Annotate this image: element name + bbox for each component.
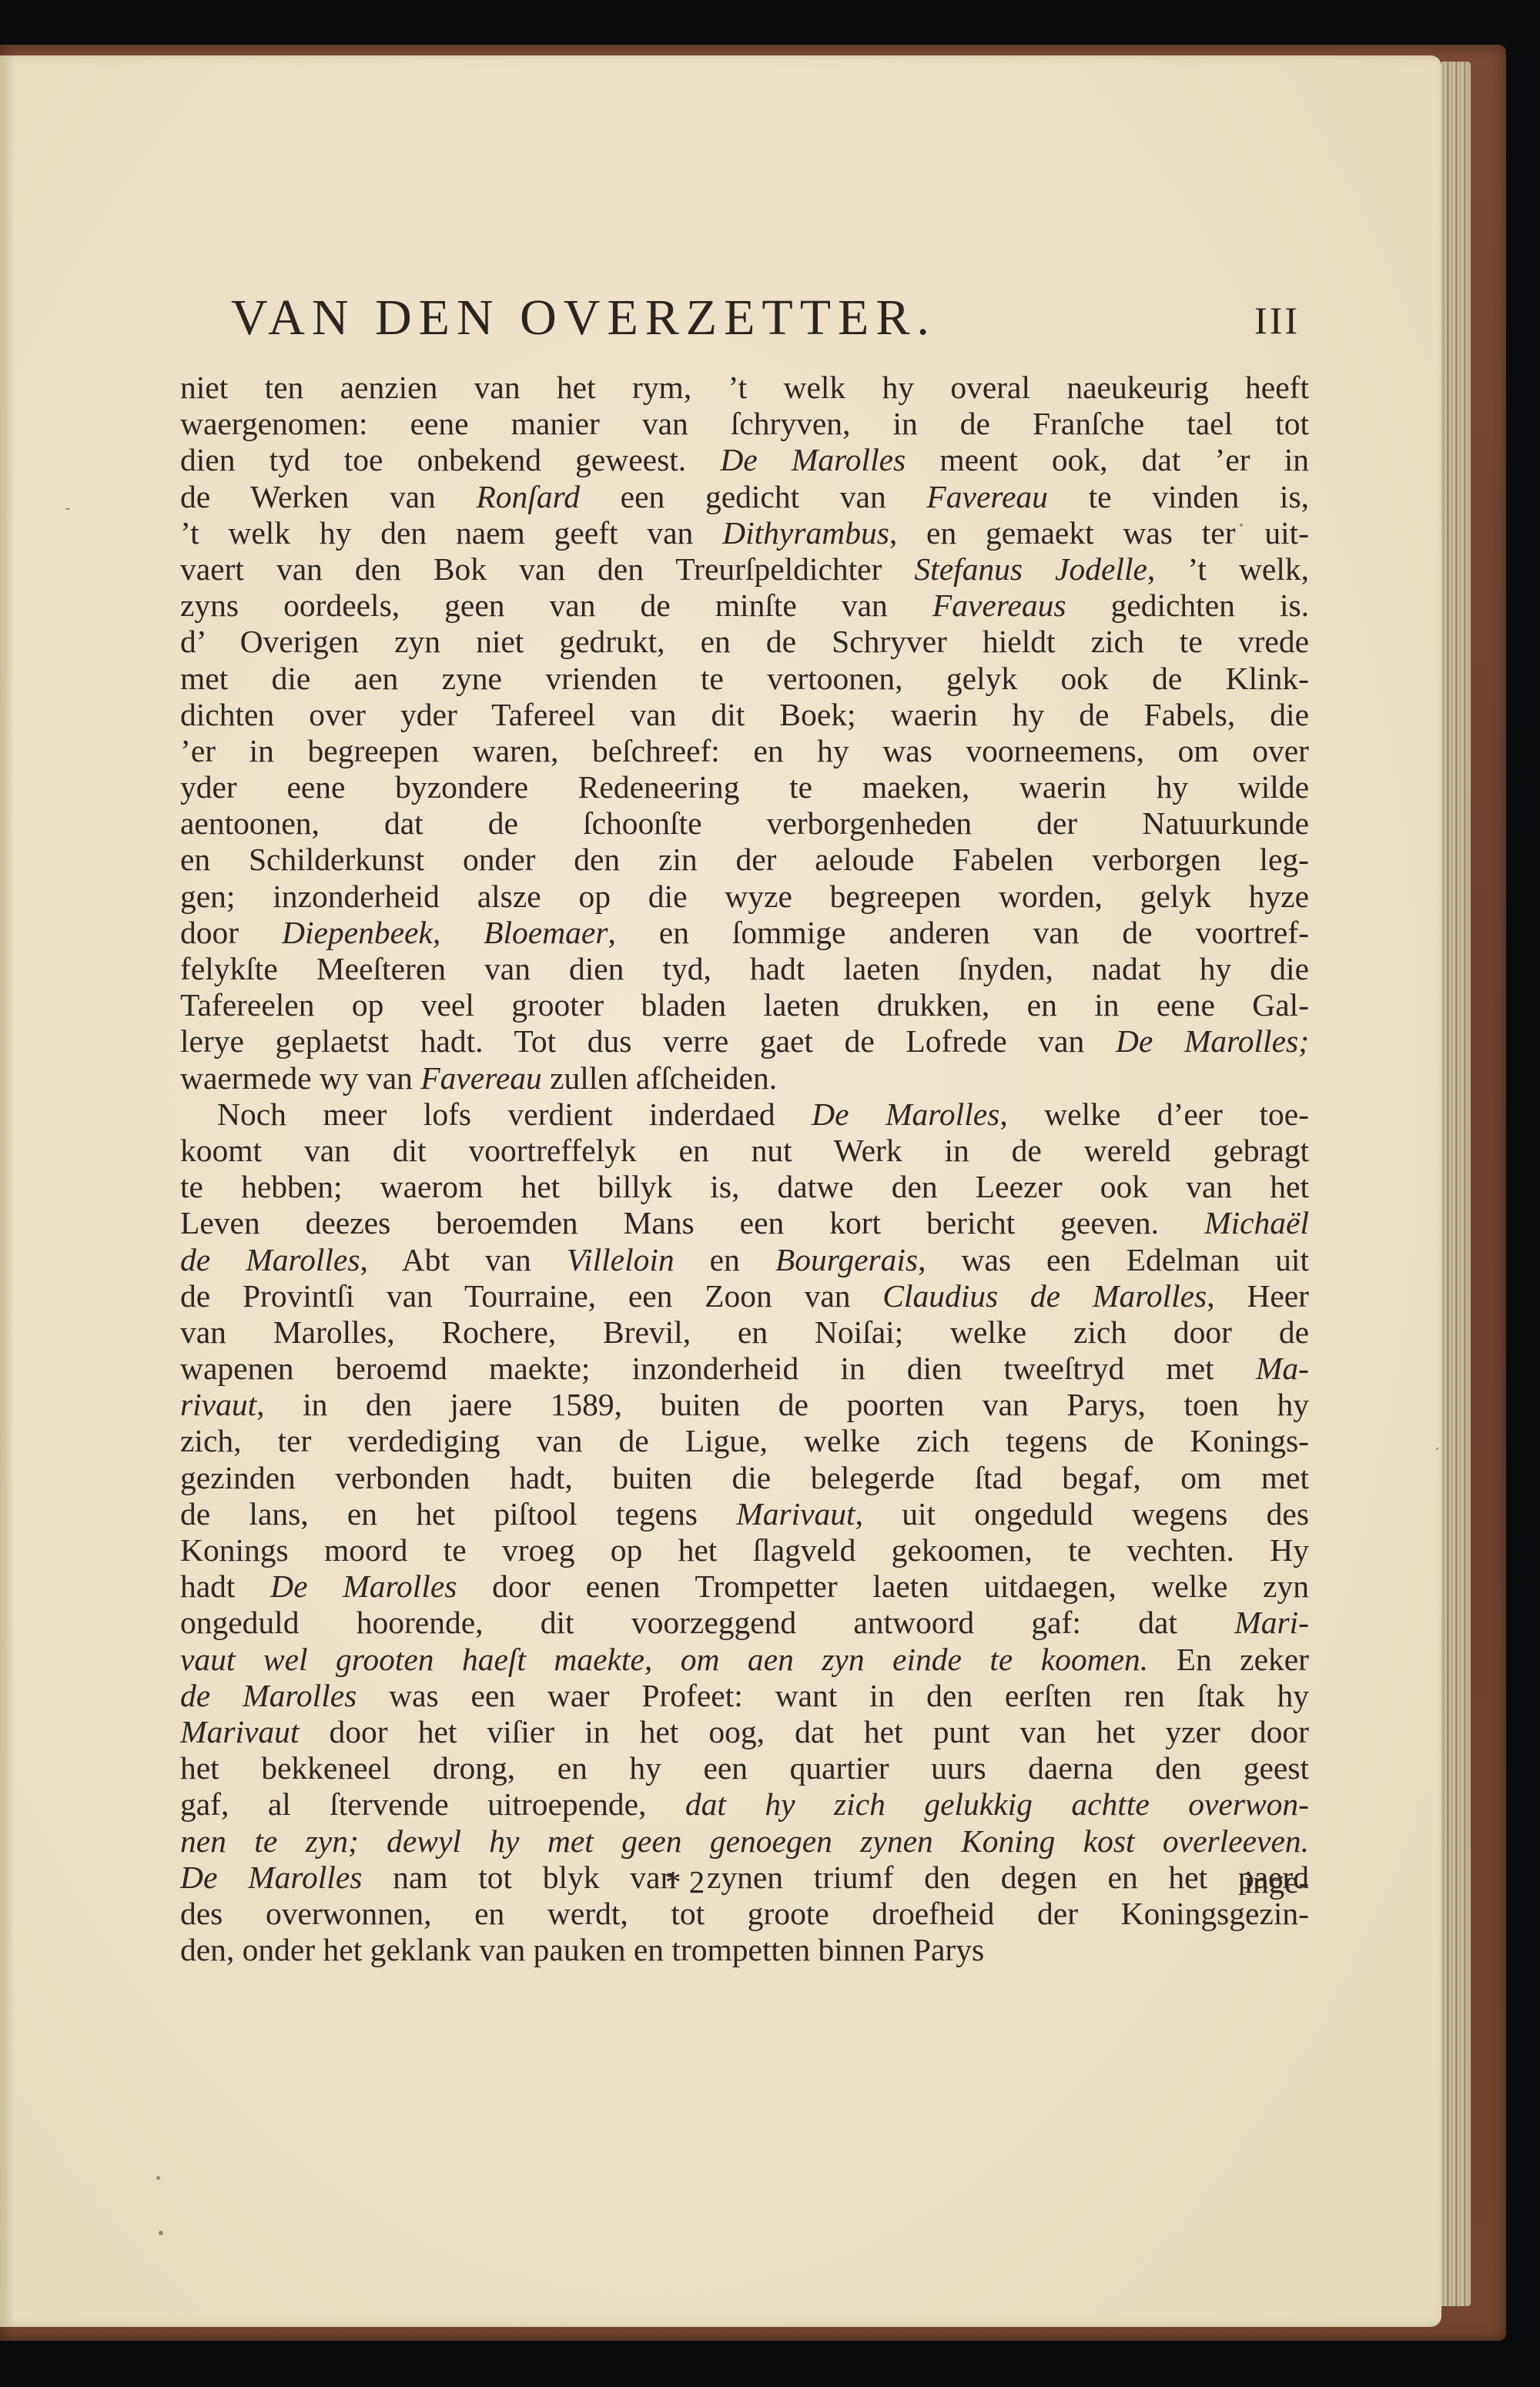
text-run: ’er in begreepen waren, beſchreef: en hy… bbox=[180, 733, 1309, 768]
text-run: ’t welk hy den naem geeft van bbox=[180, 515, 722, 551]
page-footer: * 2 inge- bbox=[180, 1863, 1309, 1910]
text-run: dichten over yder Tafereel van dit Boek;… bbox=[180, 697, 1309, 732]
text-run: d’ Overigen zyn niet gedrukt, en de Schr… bbox=[180, 624, 1309, 659]
italic-run: De Marolles; bbox=[1116, 1023, 1309, 1059]
running-head-title: VAN DEN OVERZETTER. bbox=[231, 289, 936, 347]
text-run: hadt bbox=[180, 1568, 270, 1604]
text-line: waergenomen: eene manier van ſchryven, i… bbox=[180, 406, 1309, 442]
text-run: , en gemaekt was ter uit- bbox=[889, 515, 1309, 551]
text-line: te hebben; waerom het billyk is, datwe d… bbox=[180, 1169, 1309, 1205]
text-run: en Schilderkunst onder den zin der aelou… bbox=[180, 842, 1309, 877]
italic-run: Villeloin bbox=[567, 1242, 675, 1277]
italic-run: Ma- bbox=[1256, 1351, 1309, 1386]
italic-run: Mari- bbox=[1234, 1605, 1309, 1640]
text-run: aentoonen, dat de ſchoonſte verborgenhed… bbox=[180, 805, 1309, 841]
gutter-shadow bbox=[0, 55, 14, 2327]
italic-run: vaut wel grooten haeſt maekte, om aen zy… bbox=[180, 1642, 1148, 1677]
text-line: Noch meer lofs verdient inderdaed De Mar… bbox=[180, 1096, 1309, 1133]
paper-speck bbox=[65, 508, 70, 510]
text-run: een gedicht van bbox=[580, 479, 926, 514]
text-run: en bbox=[675, 1242, 775, 1277]
text-line: niet ten aenzien van het rym, ’t welk hy… bbox=[180, 370, 1309, 406]
text-line: koomt van dit voortreffelyk en nut Werk … bbox=[180, 1133, 1309, 1169]
text-run: En zeker bbox=[1148, 1642, 1309, 1677]
text-run: door eenen Trompetter laeten uitdaegen, … bbox=[457, 1568, 1309, 1604]
text-line: hadt De Marolles door eenen Trompetter l… bbox=[180, 1568, 1309, 1605]
text-line: de Provintſi van Tourraine, een Zoon van… bbox=[180, 1278, 1309, 1314]
text-line: de Marolles was een waer Profeet: want i… bbox=[180, 1678, 1309, 1714]
paper-speck bbox=[156, 2176, 160, 2180]
text-line: Konings moord te vroeg op het ſlagveld g… bbox=[180, 1532, 1309, 1568]
text-run: felykſte Meeſteren van dien tyd, hadt la… bbox=[180, 951, 1309, 986]
italic-run: De Marolles bbox=[270, 1568, 457, 1604]
text-line: zyns oordeels, geen van de minſte van Fa… bbox=[180, 588, 1309, 624]
text-run: gedichten is. bbox=[1066, 588, 1310, 623]
text-run: zich, ter verdediging van de Ligue, welk… bbox=[180, 1423, 1309, 1458]
text-line: met die aen zyne vrienden te vertoonen, … bbox=[180, 661, 1309, 697]
text-line: Leven deezes beroemden Mans een kort ber… bbox=[180, 1205, 1309, 1241]
italic-run: de Marolles bbox=[180, 1242, 360, 1277]
text-run: , Abt van bbox=[360, 1242, 567, 1277]
text-run: koomt van dit voortreffelyk en nut Werk … bbox=[180, 1133, 1309, 1168]
paper-speck bbox=[1436, 1448, 1438, 1450]
text-run: dien tyd toe onbekend geweest. bbox=[180, 442, 720, 477]
running-header: VAN DEN OVERZETTER. III bbox=[231, 289, 1309, 350]
text-line: de Marolles, Abt van Villeloin en Bourge… bbox=[180, 1242, 1309, 1278]
text-run: de Werken van bbox=[180, 479, 476, 514]
italic-run: Favereau bbox=[420, 1060, 541, 1096]
text-run: waergenomen: eene manier van ſchryven, i… bbox=[180, 406, 1309, 441]
text-line: de lans, en het piſtool tegens Marivaut,… bbox=[180, 1496, 1309, 1532]
italic-run: Claudius de Marolles bbox=[882, 1278, 1207, 1314]
text-line: de Werken van Ronſard een gedicht van Fa… bbox=[180, 479, 1309, 515]
text-run: de Provintſi van Tourraine, een Zoon van bbox=[180, 1278, 882, 1314]
catchword: inge- bbox=[1244, 1863, 1309, 1900]
text-run: meent ook, dat ’er in bbox=[906, 442, 1309, 477]
text-run: Konings moord te vroeg op het ſlagveld g… bbox=[180, 1532, 1309, 1568]
text-run: , welke d’eer toe- bbox=[999, 1096, 1309, 1132]
text-line: waermede wy van Favereau zullen afſcheid… bbox=[180, 1060, 1309, 1096]
text-line: ongeduld hoorende, dit voorzeggend antwo… bbox=[180, 1605, 1309, 1641]
text-line: Tafereelen op veel grooter bladen laeten… bbox=[180, 987, 1309, 1023]
text-run: , uit ongeduld wegens des bbox=[855, 1496, 1309, 1532]
text-line: yder eene byzondere Redeneering te maeke… bbox=[180, 769, 1309, 805]
text-line: vaert van den Bok van den Treurſpeldicht… bbox=[180, 551, 1309, 588]
italic-run: dat hy zich gelukkig achtte overwon- bbox=[685, 1786, 1309, 1822]
italic-run: Dithyrambus bbox=[722, 515, 889, 551]
italic-run: nen te zyn; dewyl hy met geen genoegen z… bbox=[180, 1823, 1309, 1859]
text-run: was een waer Profeet: want in den eerſte… bbox=[357, 1678, 1309, 1713]
text-run: Leven deezes beroemden Mans een kort ber… bbox=[180, 1205, 1204, 1240]
italic-run: Michaël bbox=[1204, 1205, 1309, 1240]
text-run: gaf, al ſtervende uitroepende, bbox=[180, 1786, 685, 1822]
italic-run: Stefanus Jodelle bbox=[914, 551, 1147, 587]
text-run: , en ſommige anderen van de voortref- bbox=[608, 915, 1309, 950]
italic-run: de Marolles bbox=[180, 1678, 357, 1713]
signature-mark: * 2 bbox=[665, 1863, 705, 1900]
text-line: felykſte Meeſteren van dien tyd, hadt la… bbox=[180, 951, 1309, 987]
text-line: vaut wel grooten haeſt maekte, om aen zy… bbox=[180, 1642, 1309, 1678]
text-line: het bekkeneel drong, en hy een quartier … bbox=[180, 1750, 1309, 1786]
text-line: en Schilderkunst onder den zin der aelou… bbox=[180, 842, 1309, 878]
text-run: wapenen beroemd maekte; inzonderheid in … bbox=[180, 1351, 1256, 1386]
text-line: dichten over yder Tafereel van dit Boek;… bbox=[180, 697, 1309, 733]
text-run: Tafereelen op veel grooter bladen laeten… bbox=[180, 987, 1309, 1023]
text-line: aentoonen, dat de ſchoonſte verborgenhed… bbox=[180, 805, 1309, 842]
text-line: lerye geplaetst hadt. Tot dus verre gaet… bbox=[180, 1023, 1309, 1060]
text-run: met die aen zyne vrienden te vertoonen, … bbox=[180, 661, 1309, 696]
text-line: gezinden verbonden hadt, buiten die bele… bbox=[180, 1460, 1309, 1496]
text-run: gezinden verbonden hadt, buiten die bele… bbox=[180, 1460, 1309, 1495]
text-run: te vinden is, bbox=[1048, 479, 1309, 514]
body-text: niet ten aenzien van het rym, ’t welk hy… bbox=[180, 370, 1309, 1968]
text-line: nen te zyn; dewyl hy met geen genoegen z… bbox=[180, 1823, 1309, 1860]
text-run: gen; inzonderheid alsze op die wyze begr… bbox=[180, 879, 1309, 914]
text-line: dien tyd toe onbekend geweest. De Maroll… bbox=[180, 442, 1309, 478]
text-run: lerye geplaetst hadt. Tot dus verre gaet… bbox=[180, 1023, 1116, 1059]
text-run: niet ten aenzien van het rym, ’t welk hy… bbox=[180, 370, 1309, 405]
text-line: den, onder het geklank van pauken en tro… bbox=[180, 1932, 1309, 1968]
text-run: ongeduld hoorende, dit voorzeggend antwo… bbox=[180, 1605, 1234, 1640]
text-run: van Marolles, Rochere, Brevil, en Noiſai… bbox=[180, 1314, 1309, 1350]
italic-run: Favereau bbox=[926, 479, 1047, 514]
italic-run: Ronſard bbox=[476, 479, 580, 514]
text-line: van Marolles, Rochere, Brevil, en Noiſai… bbox=[180, 1314, 1309, 1351]
text-run: den, onder het geklank van pauken en tro… bbox=[180, 1932, 984, 1967]
italic-run: De Marolles bbox=[812, 1096, 999, 1132]
text-run: , ’t welk, bbox=[1147, 551, 1309, 587]
italic-run: Diepenbeek, Bloemaer bbox=[282, 915, 608, 950]
text-line: Marivaut door het viſier in het oog, dat… bbox=[180, 1714, 1309, 1750]
text-line: ’t welk hy den naem geeft van Dithyrambu… bbox=[180, 515, 1309, 551]
text-run: door het viſier in het oog, dat het punt… bbox=[299, 1714, 1309, 1749]
text-run: het bekkeneel drong, en hy een quartier … bbox=[180, 1750, 1309, 1786]
italic-run: Bourgerais bbox=[775, 1242, 918, 1277]
text-run: te hebben; waerom het billyk is, datwe d… bbox=[180, 1169, 1309, 1204]
text-line: door Diepenbeek, Bloemaer, en ſommige an… bbox=[180, 915, 1309, 951]
text-run: yder eene byzondere Redeneering te maeke… bbox=[180, 769, 1309, 805]
paper-speck bbox=[159, 2231, 163, 2235]
text-line: d’ Overigen zyn niet gedrukt, en de Schr… bbox=[180, 624, 1309, 660]
italic-run: rivaut bbox=[180, 1387, 256, 1422]
italic-run: Favereaus bbox=[932, 588, 1066, 623]
italic-run: Marivaut bbox=[736, 1496, 855, 1532]
text-line: ’er in begreepen waren, beſchreef: en hy… bbox=[180, 733, 1309, 769]
text-run: de lans, en het piſtool tegens bbox=[180, 1496, 736, 1532]
text-run: zullen afſcheiden. bbox=[542, 1060, 777, 1096]
text-run: , Heer bbox=[1207, 1278, 1309, 1314]
text-line: zich, ter verdediging van de Ligue, welk… bbox=[180, 1423, 1309, 1459]
text-run: zyns oordeels, geen van de minſte van bbox=[180, 588, 932, 623]
text-run: , was een Edelman uit bbox=[918, 1242, 1309, 1277]
text-run: waermede wy van bbox=[180, 1060, 420, 1096]
page-fore-edge bbox=[1441, 62, 1471, 2306]
page-number: III bbox=[1254, 298, 1300, 343]
italic-run: Marivaut bbox=[180, 1714, 299, 1749]
text-run: Noch meer lofs verdient inderdaed bbox=[217, 1096, 812, 1132]
italic-run: De Marolles bbox=[720, 442, 906, 477]
text-line: wapenen beroemd maekte; inzonderheid in … bbox=[180, 1351, 1309, 1387]
text-run: vaert van den Bok van den Treurſpeldicht… bbox=[180, 551, 914, 587]
text-line: rivaut, in den jaere 1589, buiten de poo… bbox=[180, 1387, 1309, 1423]
text-line: gen; inzonderheid alsze op die wyze begr… bbox=[180, 879, 1309, 915]
text-line: gaf, al ſtervende uitroepende, dat hy zi… bbox=[180, 1786, 1309, 1823]
text-run: , in den jaere 1589, buiten de poorten v… bbox=[256, 1387, 1309, 1422]
text-run: door bbox=[180, 915, 282, 950]
